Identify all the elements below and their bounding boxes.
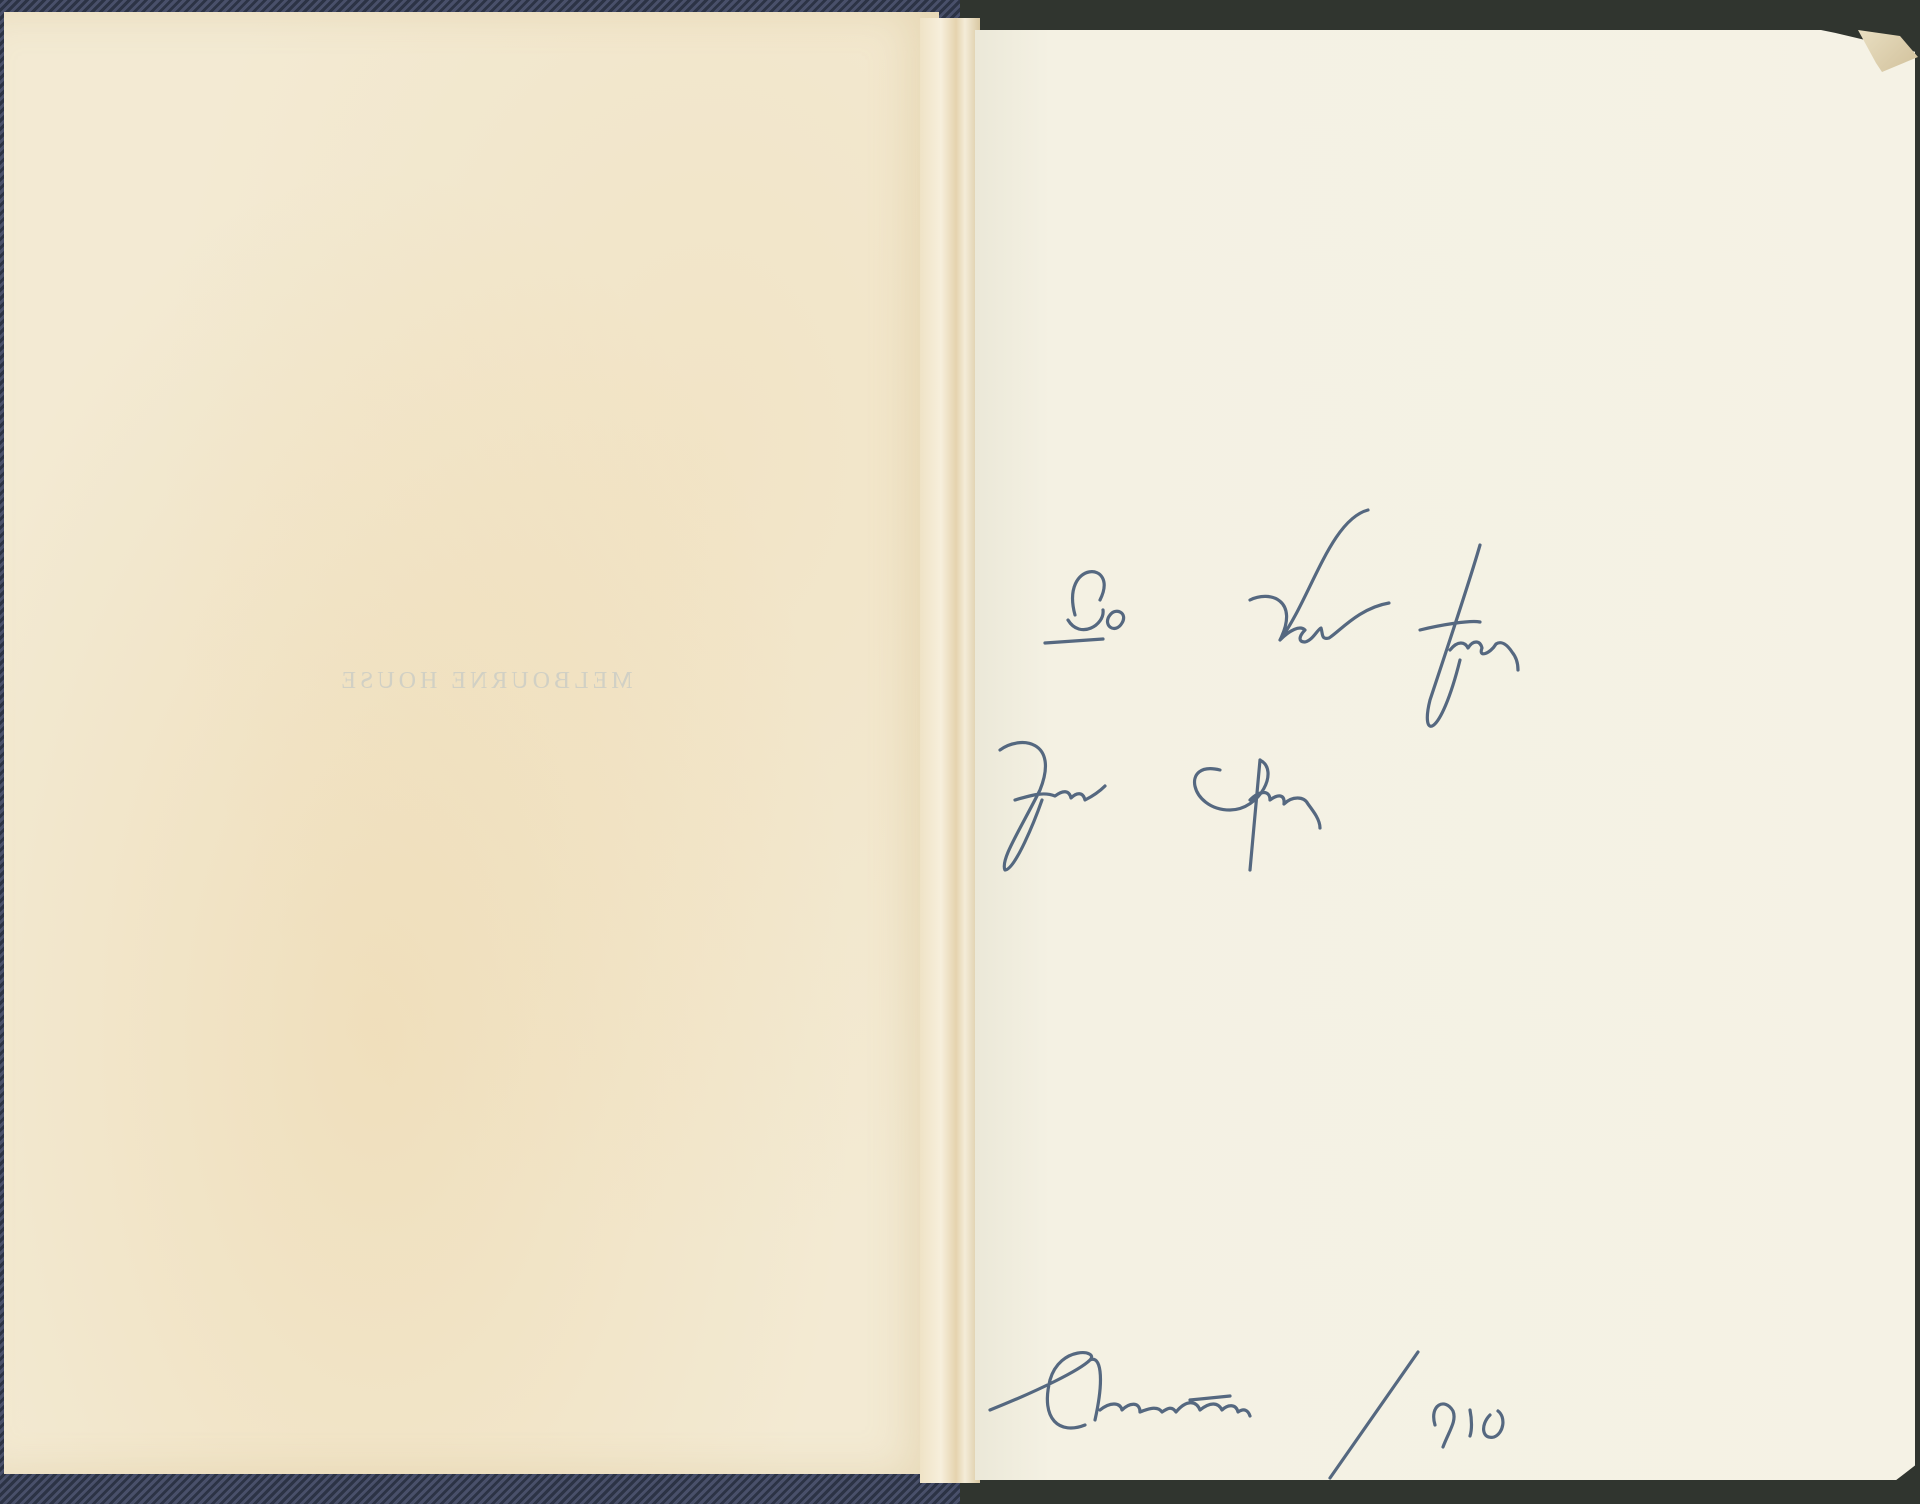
book-gutter [920, 18, 980, 1483]
right-page [975, 30, 1915, 1480]
left-page [4, 12, 939, 1474]
showthrough-title-text: MELBOURNE HOUSE [285, 668, 685, 695]
